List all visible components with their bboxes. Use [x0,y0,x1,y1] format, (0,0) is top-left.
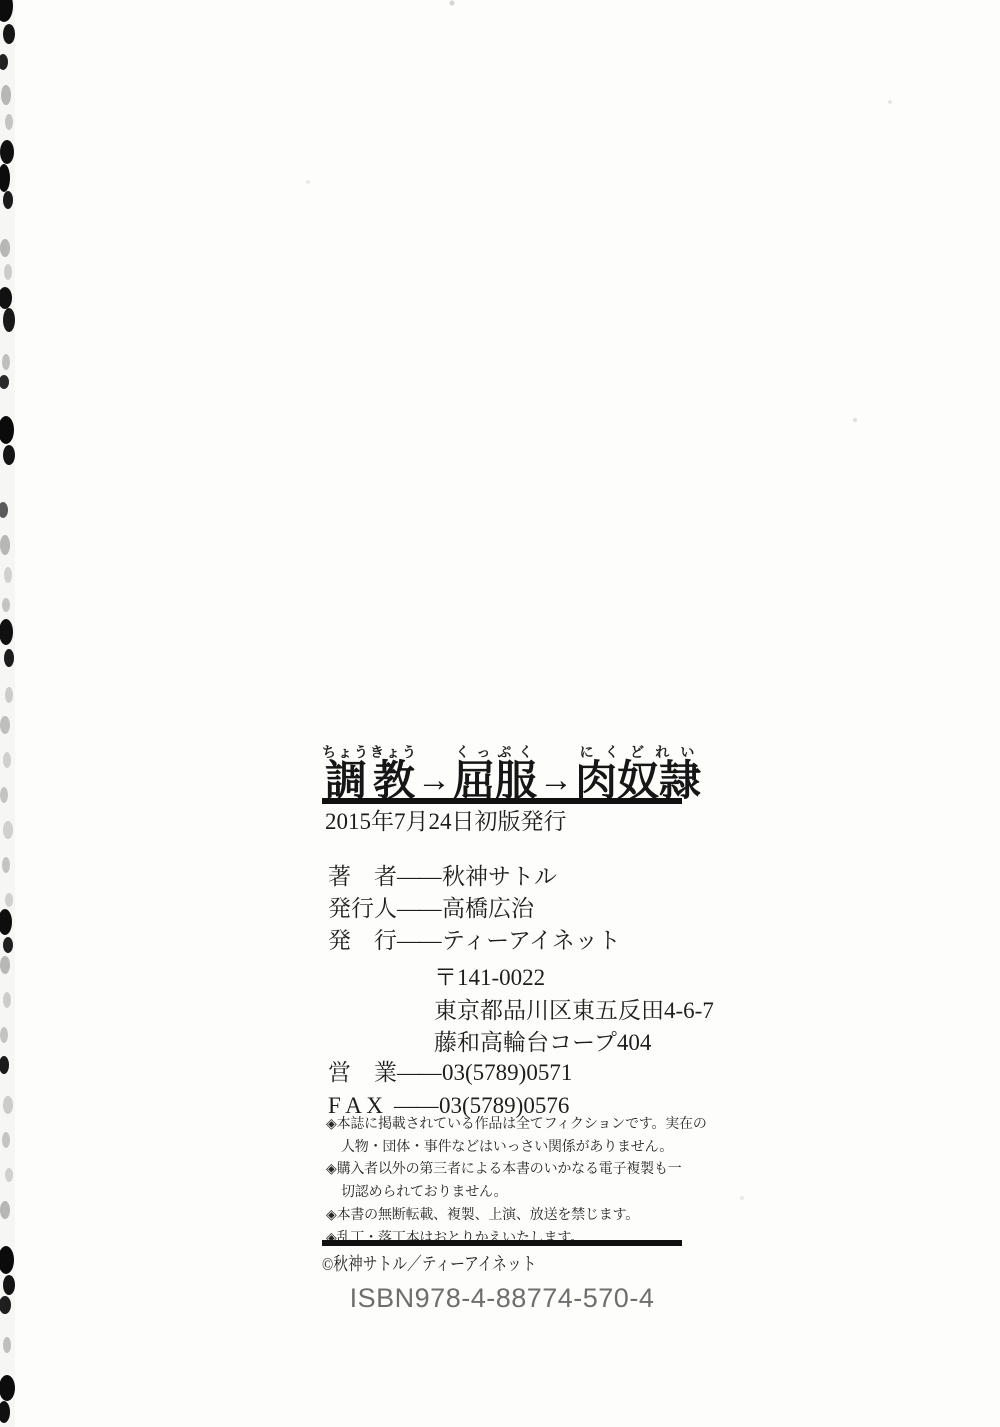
notice-line: ◈本書の無断転載、複製、上演、放送を禁じます。 [326,1205,707,1228]
separator-dash: —— [397,864,442,889]
legal-notices: ◈本誌に掲載されている作品は全てフィクションです。実在の 人物・団体・事件などは… [326,1114,707,1250]
title-divider-rule [322,798,682,804]
contact-rows: 営 業——03(5789)0571 F A X——03(5789)0576 [328,1057,572,1122]
notice-line-continuation: 切認められておりません。 [326,1182,707,1205]
address-line-2: 藤和高輪台コープ404 [434,1027,714,1060]
isbn-number: ISBN978-4-88774-570-4 [322,1283,682,1314]
publisher-person-label: 発行人 [328,893,397,925]
notice-line: ◈本誌に掲載されている作品は全てフィクションです。実在の [326,1114,707,1137]
author-value: 秋神サトル [442,864,557,889]
notice-line: ◈購入者以外の第三者による本書のいかなる電子複製も一 [326,1159,707,1182]
sales-phone-value: 03(5789)0571 [442,1060,572,1085]
separator-dash: —— [397,896,442,921]
notice-line: ◈乱丁・落丁本はおとりかえいたします。 [326,1228,707,1251]
address-line-1: 東京都品川区東五反田4-6-7 [434,995,714,1028]
footer-divider-rule [322,1240,682,1246]
scanned-page: 調教ちょうきょう→屈服くっぷく→肉奴隷にくどれい 2015年7月24日初版発行 … [0,0,1000,1427]
author-label: 著 者 [328,861,397,893]
publisher-address: 〒141-0022 東京都品川区東五反田4-6-7 藤和高輪台コープ404 [434,962,714,1060]
author-row: 著 者——秋神サトル [328,861,621,893]
title-furigana: にくどれい [575,746,701,761]
publisher-label: 発 行 [328,925,397,957]
postal-code: 〒141-0022 [434,962,714,995]
publication-date: 2015年7月24日初版発行 [325,807,567,837]
publication-info-rows: 著 者——秋神サトル 発行人——高橋広治 発 行——ティーアイネット [328,861,621,957]
book-title: 調教ちょうきょう→屈服くっぷく→肉奴隷にくどれい [322,746,702,803]
arrow-right-icon: → [415,762,453,799]
publisher-person-value: 高橋広治 [442,896,534,921]
notice-line-continuation: 人物・団体・事件などはいっさい関係がありません。 [326,1137,707,1160]
title-furigana: ちょうきょう [322,746,418,761]
publisher-person-row: 発行人——高橋広治 [328,893,621,925]
publisher-row: 発 行——ティーアイネット [328,925,621,957]
sales-phone-row: 営 業——03(5789)0571 [328,1057,572,1090]
copyright-notice: ©秋神サトル／ティーアイネット [322,1251,536,1277]
separator-dash: —— [397,928,442,953]
separator-dash: —— [397,1060,442,1085]
publisher-value: ティーアイネット [442,928,621,953]
arrow-right-icon: → [537,762,575,799]
title-furigana: くっぷく [453,746,537,761]
sales-label: 営 業 [328,1057,397,1090]
